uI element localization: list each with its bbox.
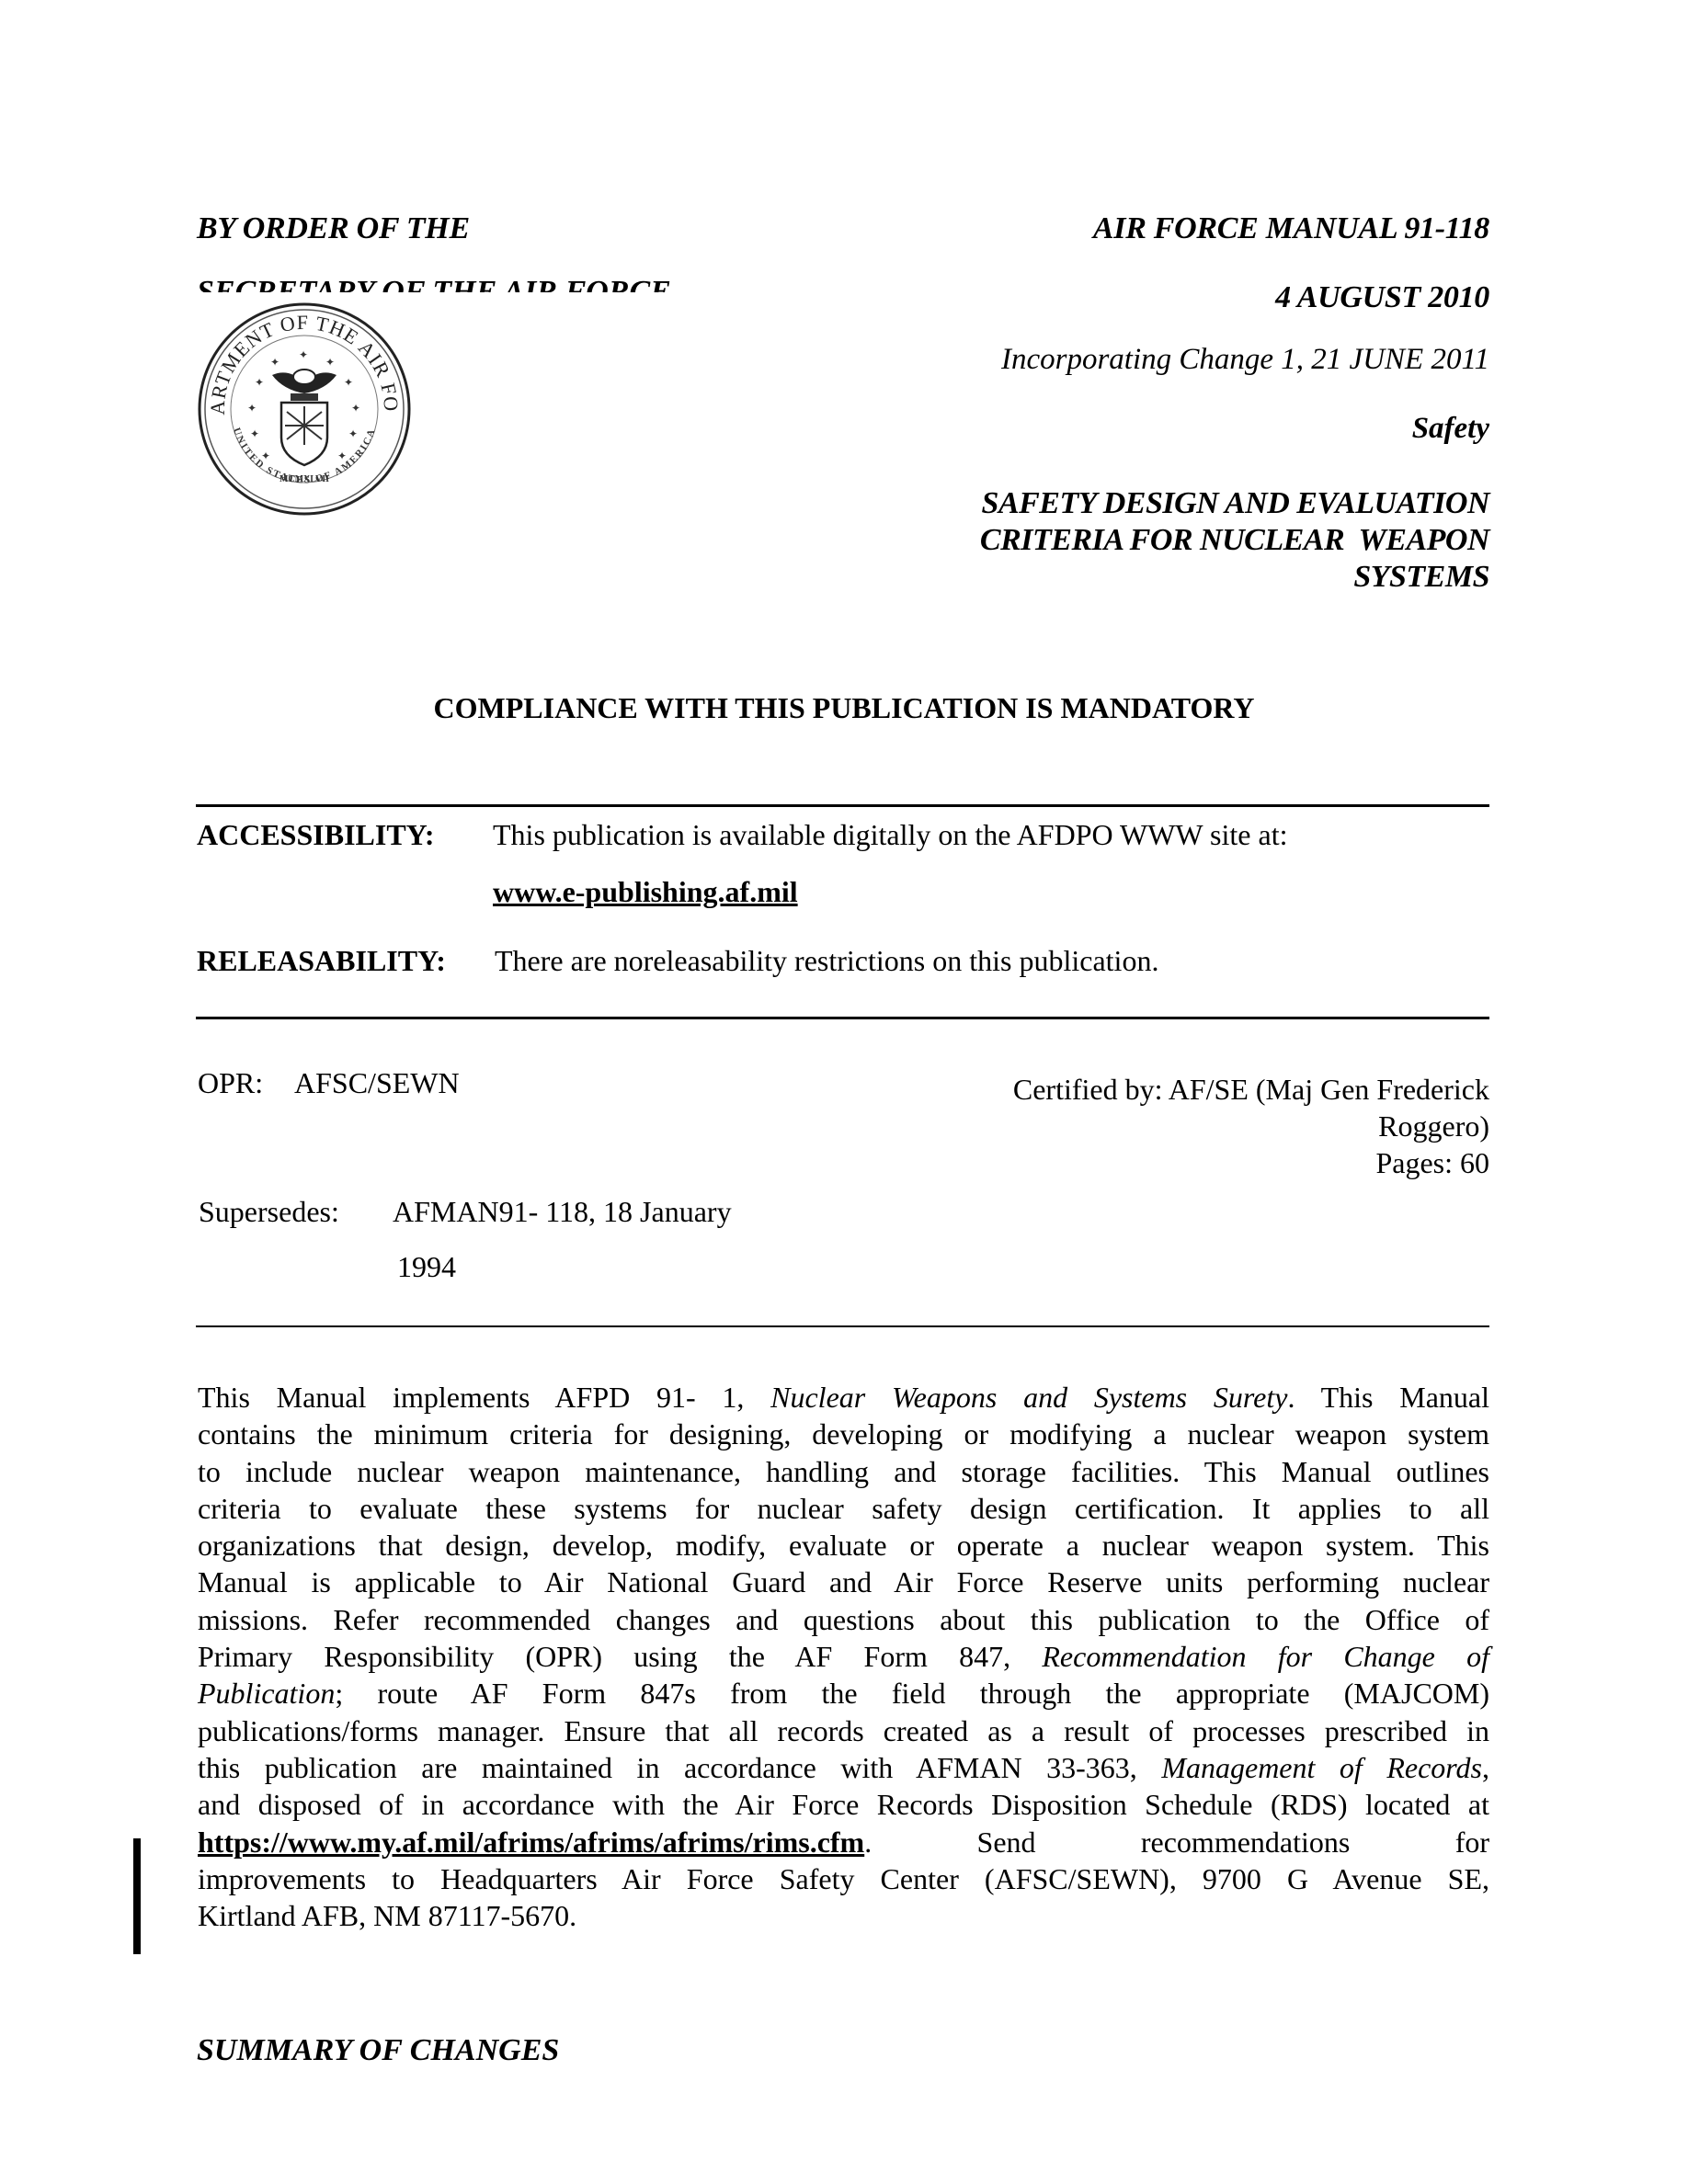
certified-by: Certified by: AF/SE (Maj Gen Frederick (1013, 1073, 1489, 1107)
svg-text:✦: ✦ (250, 427, 259, 440)
e-publishing-link[interactable]: www.e-publishing.af.mil (493, 875, 798, 909)
opr-label: OPR: (198, 1066, 263, 1100)
svg-text:✦: ✦ (348, 427, 358, 440)
supersedes-year: 1994 (397, 1250, 456, 1284)
paragraph-line: Manual is applicable to Air National Gua… (198, 1564, 1489, 1600)
category: Safety (1412, 412, 1489, 446)
title-line: CRITERIA FOR NUCLEAR WEAPON (980, 522, 1489, 559)
text-run: This Manual implements AFPD 91- 1, (198, 1381, 770, 1414)
paragraph-line: contains the minimum criteria for design… (198, 1416, 1489, 1452)
text-run: , (1482, 1751, 1489, 1784)
italic-title: Recommendation for Change of (1042, 1640, 1489, 1673)
paragraph-line: This Manual implements AFPD 91- 1, Nucle… (198, 1379, 1489, 1416)
svg-text:✦: ✦ (255, 376, 264, 389)
svg-text:✦: ✦ (270, 356, 279, 369)
svg-text:MCMXLVII: MCMXLVII (279, 474, 329, 484)
text-run: organizations that design, develop, modi… (198, 1529, 1489, 1562)
publication-number: AIR FORCE MANUAL 91-118 (1093, 211, 1489, 246)
certified-by-name: Roggero) (1378, 1109, 1489, 1143)
paragraph-line: https://www.my.af.mil/afrims/afrims/afri… (198, 1824, 1489, 1860)
compliance-statement: COMPLIANCE WITH THIS PUBLICATION IS MAND… (0, 691, 1688, 725)
svg-text:✦: ✦ (261, 449, 270, 462)
text-run: Kirtland AFB, NM 87117-5670. (198, 1899, 576, 1932)
paragraph-line: Primary Responsibility (OPR) using the A… (198, 1638, 1489, 1675)
page-count: Pages: 60 (1375, 1146, 1489, 1180)
text-run: . This Manual (1287, 1381, 1489, 1414)
opr-value: AFSC/SEWN (294, 1066, 460, 1100)
change-notice: Incorporating Change 1, 21 JUNE 2011 (1001, 343, 1489, 377)
paragraph-line: improvements to Headquarters Air Force S… (198, 1860, 1489, 1897)
accessibility-text: This publication is available digitally … (493, 818, 1287, 852)
paragraph-line: organizations that design, develop, modi… (198, 1527, 1489, 1564)
supersedes-value: AFMAN91- 118, 18 January (393, 1195, 732, 1229)
svg-text:✦: ✦ (344, 376, 353, 389)
records-schedule-link[interactable]: https://www.my.af.mil/afrims/afrims/afri… (198, 1826, 864, 1859)
change-bar (133, 1838, 141, 1954)
paragraph-line: to include nuclear weapon maintenance, h… (198, 1453, 1489, 1490)
paragraph-line: missions. Refer recommended changes and … (198, 1601, 1489, 1638)
text-run: contains the minimum criteria for design… (198, 1417, 1489, 1450)
secretary-line: SECRETARY OF THE AIR FORCE (197, 274, 712, 292)
svg-text:✦: ✦ (325, 356, 335, 369)
text-run: improvements to Headquarters Air Force S… (198, 1862, 1489, 1895)
paragraph-line: Kirtland AFB, NM 87117-5670. (198, 1897, 1489, 1934)
text-run: criteria to evaluate these systems for n… (198, 1492, 1489, 1525)
text-run: Manual is applicable to Air National Gua… (198, 1565, 1489, 1598)
title-line: SYSTEMS (980, 559, 1489, 596)
title-line: SAFETY DESIGN AND EVALUATION (980, 485, 1489, 522)
purpose-paragraph: This Manual implements AFPD 91- 1, Nucle… (198, 1379, 1489, 1934)
svg-text:✦: ✦ (337, 449, 347, 462)
releasability-text: There are noreleasability restrictions o… (495, 944, 1158, 978)
paragraph-line: publications/forms manager. Ensure that … (198, 1712, 1489, 1749)
divider-middle (196, 1017, 1489, 1019)
releasability-label: RELEASABILITY: (197, 944, 446, 978)
secretary-line-clipped: SECRETARY OF THE AIR FORCE (197, 272, 712, 292)
paragraph-line: criteria to evaluate these systems for n… (198, 1490, 1489, 1527)
text-run: Primary Responsibility (OPR) using the A… (198, 1640, 1042, 1673)
italic-title: Publication (198, 1677, 335, 1710)
accessibility-label: ACCESSIBILITY: (197, 818, 434, 852)
text-run: ; route AF Form 847s from the field thro… (335, 1677, 1489, 1710)
paragraph-line: and disposed of in accordance with the A… (198, 1786, 1489, 1823)
text-run: missions. Refer recommended changes and … (198, 1603, 1489, 1636)
paragraph-line: Publication; route AF Form 847s from the… (198, 1675, 1489, 1712)
text-run: to include nuclear weapon maintenance, h… (198, 1455, 1489, 1488)
supersedes-label: Supersedes: (199, 1195, 339, 1229)
paragraph-line: this publication are maintained in accor… (198, 1749, 1489, 1786)
publication-date: 4 AUGUST 2010 (1275, 280, 1489, 315)
order-line: BY ORDER OF THE (197, 211, 470, 246)
publication-title: SAFETY DESIGN AND EVALUATION CRITERIA FO… (980, 485, 1489, 596)
text-run: and disposed of in accordance with the A… (198, 1788, 1489, 1821)
divider-top (196, 804, 1489, 807)
divider-bottom (196, 1325, 1489, 1327)
svg-text:✦: ✦ (299, 348, 308, 361)
text-run: this publication are maintained in accor… (198, 1751, 1161, 1784)
summary-of-changes-heading: SUMMARY OF CHANGES (197, 2033, 559, 2068)
svg-text:✦: ✦ (351, 402, 360, 415)
air-force-seal-icon: DEPARTMENT OF THE AIR FORCE UNITED STATE… (197, 301, 412, 517)
italic-title: Management of Records (1161, 1751, 1482, 1784)
text-run: publications/forms manager. Ensure that … (198, 1714, 1489, 1747)
svg-text:✦: ✦ (247, 402, 257, 415)
text-run: . Send recommendations for (864, 1826, 1489, 1859)
italic-title: Nuclear Weapons and Systems Surety (770, 1381, 1287, 1414)
